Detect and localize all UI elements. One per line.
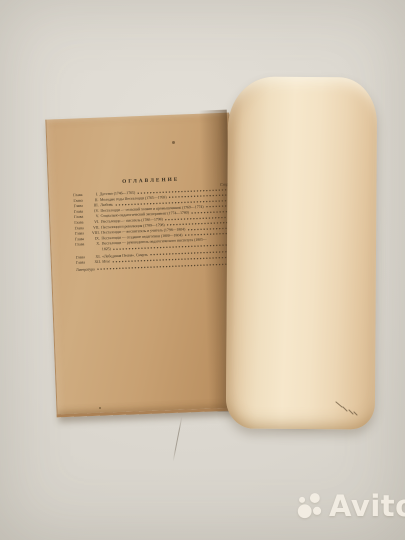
pen-marks [334, 398, 360, 418]
curled-page [226, 76, 377, 429]
avito-logo-icon [295, 491, 325, 521]
avito-watermark: Avito [295, 491, 405, 521]
surface-scratch [173, 416, 183, 461]
avito-wordmark: Avito [329, 492, 405, 521]
book-photo: ОГЛАВЛЕНИЕ Стр. ГлаваI.Детство (1746—176… [0, 0, 405, 540]
paper-speck [172, 141, 175, 144]
paper-speck [99, 407, 101, 409]
